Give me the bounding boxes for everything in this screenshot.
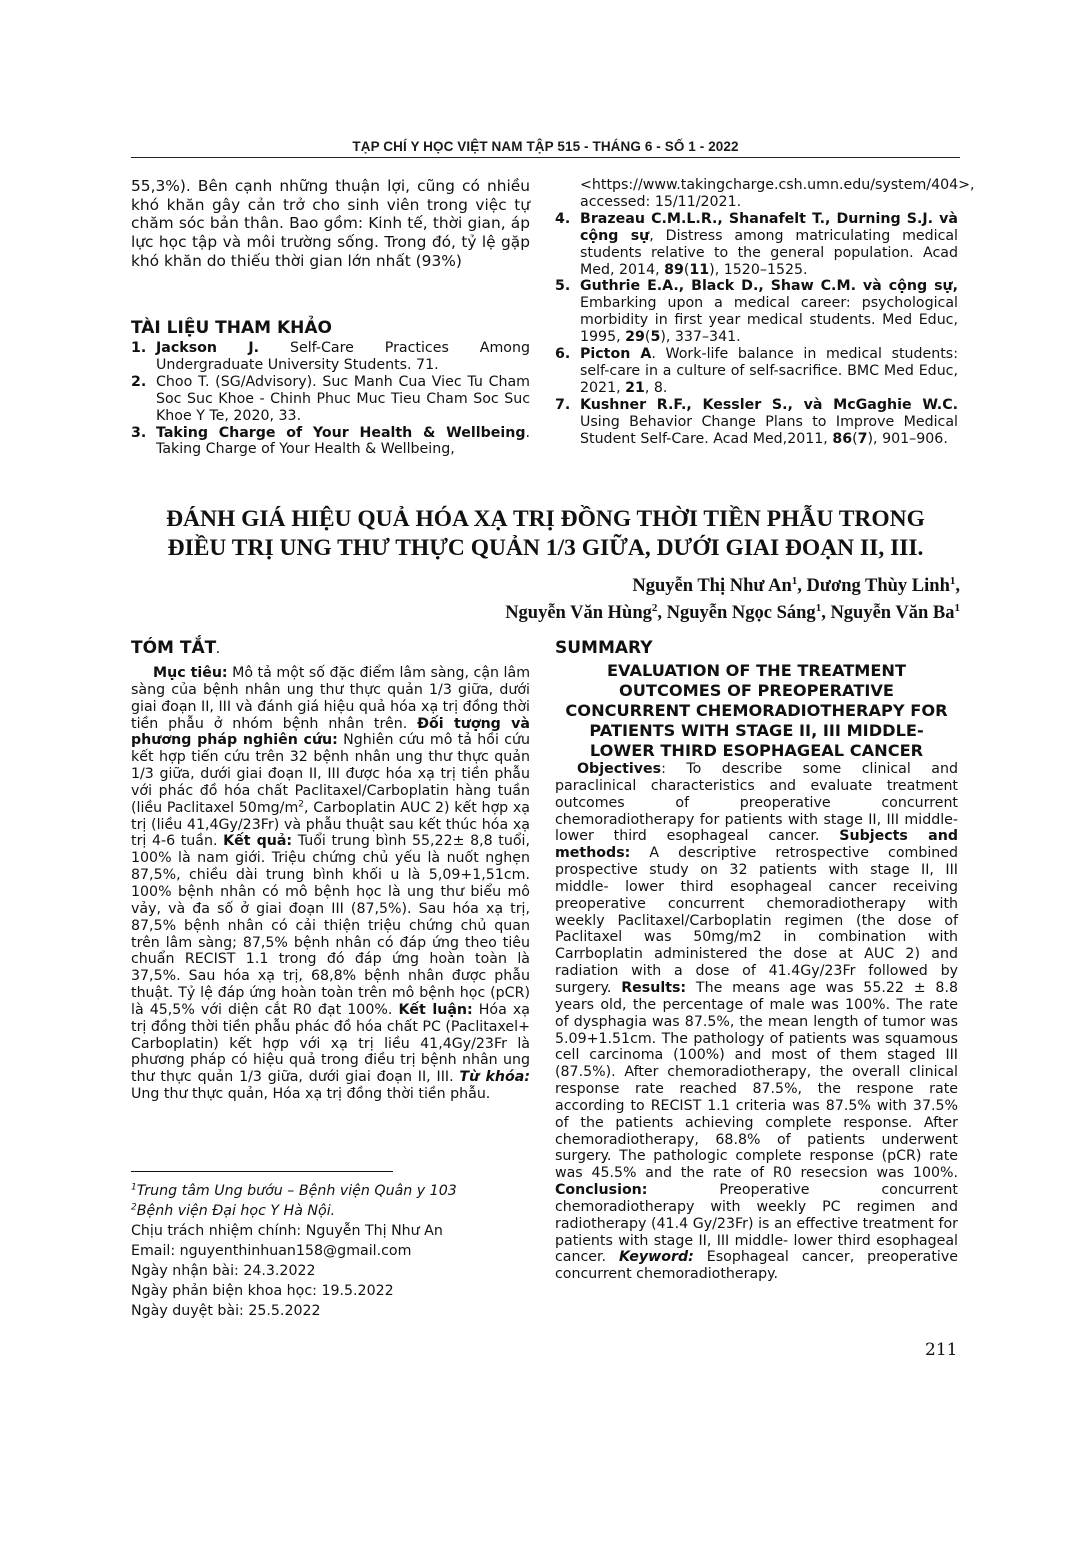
date-reviewed: Ngày phản biện khoa học: 19.5.2022 <box>131 1281 530 1301</box>
reference-item: 3.Taking Charge of Your Health & Wellbei… <box>131 425 530 459</box>
page-number: 211 <box>925 1340 957 1360</box>
abstract-heading-vi: TÓM TẮT. <box>131 638 530 661</box>
reference-title: Taking Charge of Your Health & Wellbeing <box>156 425 525 441</box>
reference-authors: Jackson J. <box>156 340 259 356</box>
abstract-english: SUMMARY EVALUATION OF THE TREATMENT OUTC… <box>555 638 958 1283</box>
author-list: Nguyễn Thị Như An1, Dương Thùy Linh1, Ng… <box>400 573 960 627</box>
footnote-divider <box>131 1171 393 1172</box>
label-objective: Mục tiêu: <box>153 665 228 681</box>
english-title: EVALUATION OF THE TREATMENT OUTCOMES OF … <box>555 661 958 761</box>
abstract-vietnamese: TÓM TẮT. Mục tiêu: Mô tả một số đặc điểm… <box>131 638 530 1103</box>
author-name: Nguyễn Ngọc Sáng <box>667 603 816 623</box>
article-title: ĐÁNH GIÁ HIỆU QUẢ HÓA XẠ TRỊ ĐỒNG THỜI T… <box>131 505 960 563</box>
summary-heading: SUMMARY <box>555 638 958 658</box>
label-conclusion: Kết luận: <box>398 1002 472 1018</box>
references-heading: TÀI LIỆU THAM KHẢO <box>131 318 332 338</box>
date-received: Ngày nhận bài: 24.3.2022 <box>131 1261 530 1281</box>
label-keywords: Từ khóa: <box>459 1069 530 1085</box>
author-name: Dương Thùy Linh <box>806 576 949 596</box>
email[interactable]: Email: nguyenthinhuan158@gmail.com <box>131 1241 530 1261</box>
reference-item: 5.Guthrie E.A., Black D., Shaw C.M. và c… <box>555 278 958 346</box>
corresponding-author: Chịu trách nhiệm chính: Nguyễn Thị Như A… <box>131 1221 530 1241</box>
previous-article-conclusion: 55,3%). Bên cạnh những thuận lợi, cũng c… <box>131 177 530 271</box>
label-conclusion: Conclusion: <box>555 1182 647 1198</box>
authors-line-1: Nguyễn Thị Như An1, Dương Thùy Linh1, <box>400 573 960 600</box>
label-keyword: Keyword: <box>619 1249 694 1265</box>
author-name: Nguyễn Thị Như An <box>632 576 791 596</box>
references-section: TÀI LIỆU THAM KHẢO <box>131 318 332 338</box>
reference-url[interactable]: <https://www.takingcharge.csh.umn.edu/sy… <box>555 177 958 211</box>
reference-item: 7.Kushner R.F., Kessler S., và McGaghie … <box>555 397 958 448</box>
abstract-body-vi: Mục tiêu: Mô tả một số đặc điểm lâm sàng… <box>131 665 530 1103</box>
article-title-line-2: ĐIỀU TRỊ UNG THƯ THỰC QUẢN 1/3 GIỮA, DƯỚ… <box>131 534 960 563</box>
running-header: TẠP CHÍ Y HỌC VIỆT NAM TẬP 515 - THÁNG 6… <box>131 139 960 154</box>
reference-item: 1.Jackson J. Self-Care Practices Among U… <box>131 340 530 374</box>
reference-item: 4.Brazeau C.M.L.R., Shanafelt T., Durnin… <box>555 211 958 279</box>
label-objectives: Objectives <box>577 761 661 777</box>
date-accepted: Ngày duyệt bài: 25.5.2022 <box>131 1301 530 1321</box>
header-rule <box>131 157 960 158</box>
references-list-left: 1.Jackson J. Self-Care Practices Among U… <box>131 340 530 458</box>
authors-line-2: Nguyễn Văn Hùng2, Nguyễn Ngọc Sáng1, Ngu… <box>400 600 960 627</box>
reference-item: 6.Picton A. Work-life balance in medical… <box>555 346 958 397</box>
author-name: Nguyễn Văn Hùng <box>505 603 652 623</box>
footnotes: 1Trung tâm Ung bướu – Bệnh viện Quân y 1… <box>131 1181 530 1321</box>
affiliation-2: 2Bệnh viện Đại học Y Hà Nội. <box>131 1201 530 1221</box>
article-title-line-1: ĐÁNH GIÁ HIỆU QUẢ HÓA XẠ TRỊ ĐỒNG THỜI T… <box>131 505 960 534</box>
affiliation-1: 1Trung tâm Ung bướu – Bệnh viện Quân y 1… <box>131 1181 530 1201</box>
abstract-body-en: Objectives: To describe some clinical an… <box>555 761 958 1283</box>
affiliation-marker: 1 <box>955 602 961 614</box>
label-results: Kết quả: <box>223 833 292 849</box>
references-list-right: <https://www.takingcharge.csh.umn.edu/sy… <box>555 177 958 448</box>
author-name: Nguyễn Văn Ba <box>830 603 954 623</box>
label-results: Results: <box>621 980 686 996</box>
journal-page: TẠP CHÍ Y HỌC VIỆT NAM TẬP 515 - THÁNG 6… <box>0 0 1090 1541</box>
reference-item: 2.Choo T. (SG/Advisory). Suc Manh Cua Vi… <box>131 374 530 425</box>
